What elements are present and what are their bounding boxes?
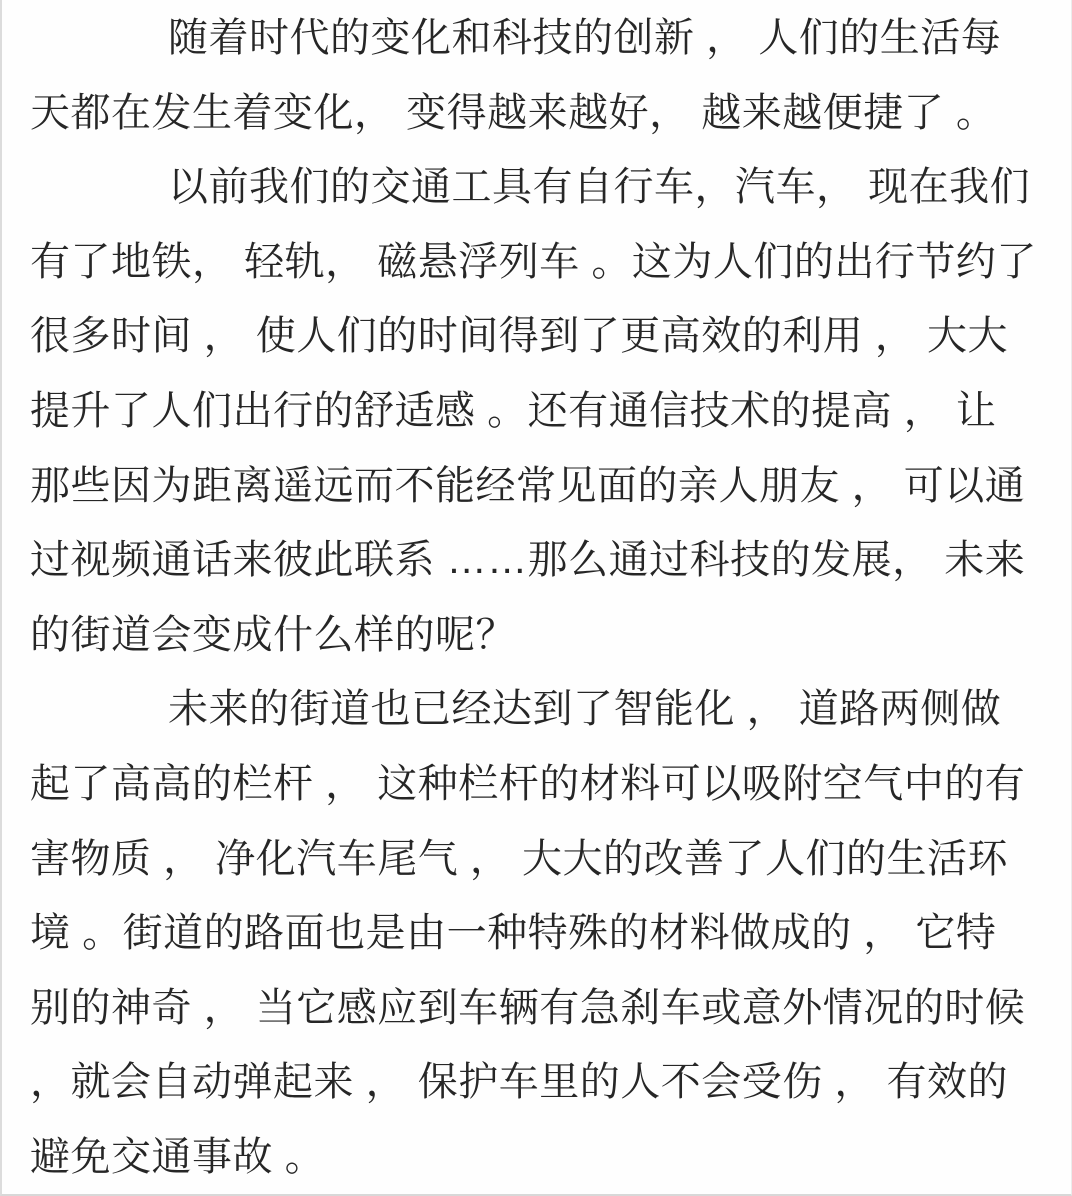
text-line: 别的神奇 ， 当它感应到车辆有急刹车或意外情况的时候 — [30, 971, 1047, 1046]
text-line: 很多时间 ， 使人们的时间得到了更高效的利用 ， 大大 — [30, 299, 1047, 374]
text-line: 随着时代的变化和科技的创新 ， 人们的生活每 — [30, 1, 1047, 76]
text-line: 有了地铁， 轻轨， 磁悬浮列车 。这为人们的出行节约了 — [30, 225, 1047, 300]
text-line: 境 。街道的路面也是由一种特殊的材料做成的 ， 它特 — [30, 896, 1047, 971]
text-line: 避免交通事故 。 — [30, 1120, 1047, 1195]
text-line: 那些因为距离遥远而不能经常见面的亲人朋友 ， 可以通 — [30, 449, 1047, 524]
essay-text-body: 随着时代的变化和科技的创新 ， 人们的生活每天都在发生着变化， 变得越来越好， … — [30, 1, 1047, 1195]
text-line: 起了高高的栏杆 ， 这种栏杆的材料可以吸附空气中的有 — [30, 747, 1047, 822]
text-line: 天都在发生着变化， 变得越来越好， 越来越便捷了 。 — [30, 76, 1047, 151]
text-line: ，就会自动弹起来 ， 保护车里的人不会受伤 ， 有效的 — [30, 1045, 1047, 1120]
text-line: 过视频通话来彼此联系 ……那么通过科技的发展， 未来 — [30, 523, 1047, 598]
text-line: 以前我们的交通工具有自行车，汽车， 现在我们 — [30, 150, 1047, 225]
text-line: 提升了人们出行的舒适感 。还有通信技术的提高 ， 让 — [30, 374, 1047, 449]
essay-page: 随着时代的变化和科技的创新 ， 人们的生活每天都在发生着变化， 变得越来越好， … — [0, 0, 1072, 1196]
text-line: 未来的街道也已经达到了智能化 ， 道路两侧做 — [30, 672, 1047, 747]
text-line: 的街道会变成什么样的呢？ — [30, 598, 1047, 673]
text-line: 害物质 ， 净化汽车尾气 ， 大大的改善了人们的生活环 — [30, 822, 1047, 897]
